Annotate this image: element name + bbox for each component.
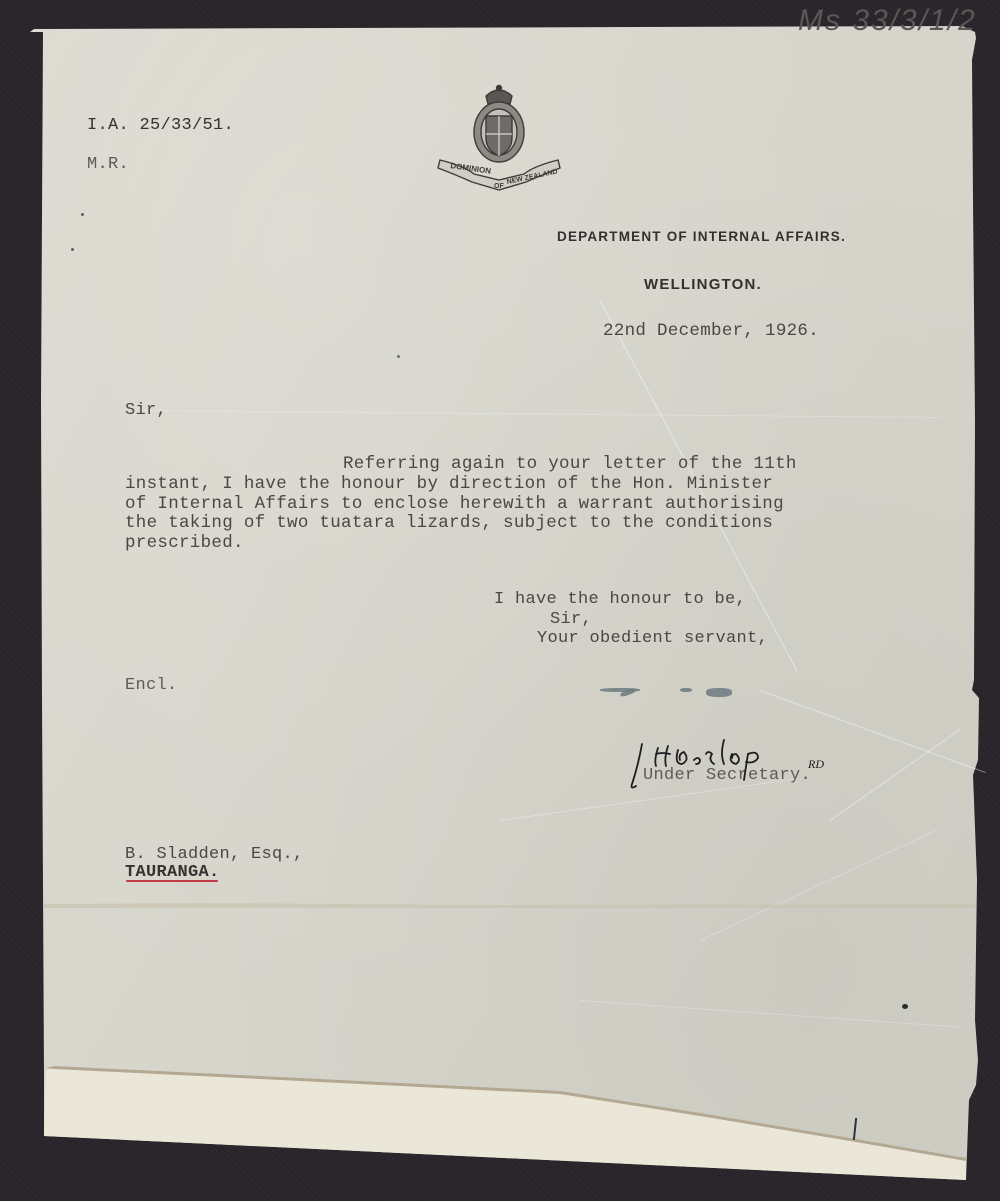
body-line: of Internal Affairs to enclose herewith … <box>125 495 784 514</box>
body-line: the taking of two tuatara lizards, subje… <box>125 514 773 533</box>
royal-coat-of-arms-icon: DOMINION OF NEW ZEALAND <box>434 82 564 194</box>
body-line: instant, I have the honour by direction … <box>125 475 773 494</box>
salutation: Sir, <box>125 401 167 420</box>
body-line: prescribed. <box>125 534 244 553</box>
ink-dot <box>902 1004 908 1009</box>
ink-smudge <box>680 688 692 692</box>
body-line: Referring again to your letter of the 11… <box>343 455 797 474</box>
closing-line: Your obedient servant, <box>537 629 768 648</box>
margin-mark <box>71 248 74 251</box>
file-reference: I.A. 25/33/51. <box>87 116 234 135</box>
addressee-name: B. Sladden, Esq., <box>125 845 304 864</box>
initials: M.R. <box>87 155 129 174</box>
ink-smudge <box>706 688 732 697</box>
red-underline <box>126 880 218 882</box>
crest-motto-center: OF <box>494 183 504 190</box>
signatory-title: Under Secretary. <box>643 766 811 785</box>
city-name: WELLINGTON. <box>644 276 762 293</box>
department-name: DEPARTMENT OF INTERNAL AFFAIRS. <box>557 229 846 244</box>
closing-line: I have the honour to be, <box>494 590 746 609</box>
ink-dot <box>397 355 400 358</box>
margin-mark <box>81 213 84 216</box>
archive-reference: Ms 33/3/1/2 <box>798 4 977 38</box>
letter-date: 22nd December, 1926. <box>603 322 819 341</box>
closing-line: Sir, <box>550 610 592 629</box>
enclosure-note: Encl. <box>125 676 178 695</box>
document-page: Ms 33/3/1/2 I.A. 25/33/51. M.R. DOMINION… <box>0 0 1000 1201</box>
